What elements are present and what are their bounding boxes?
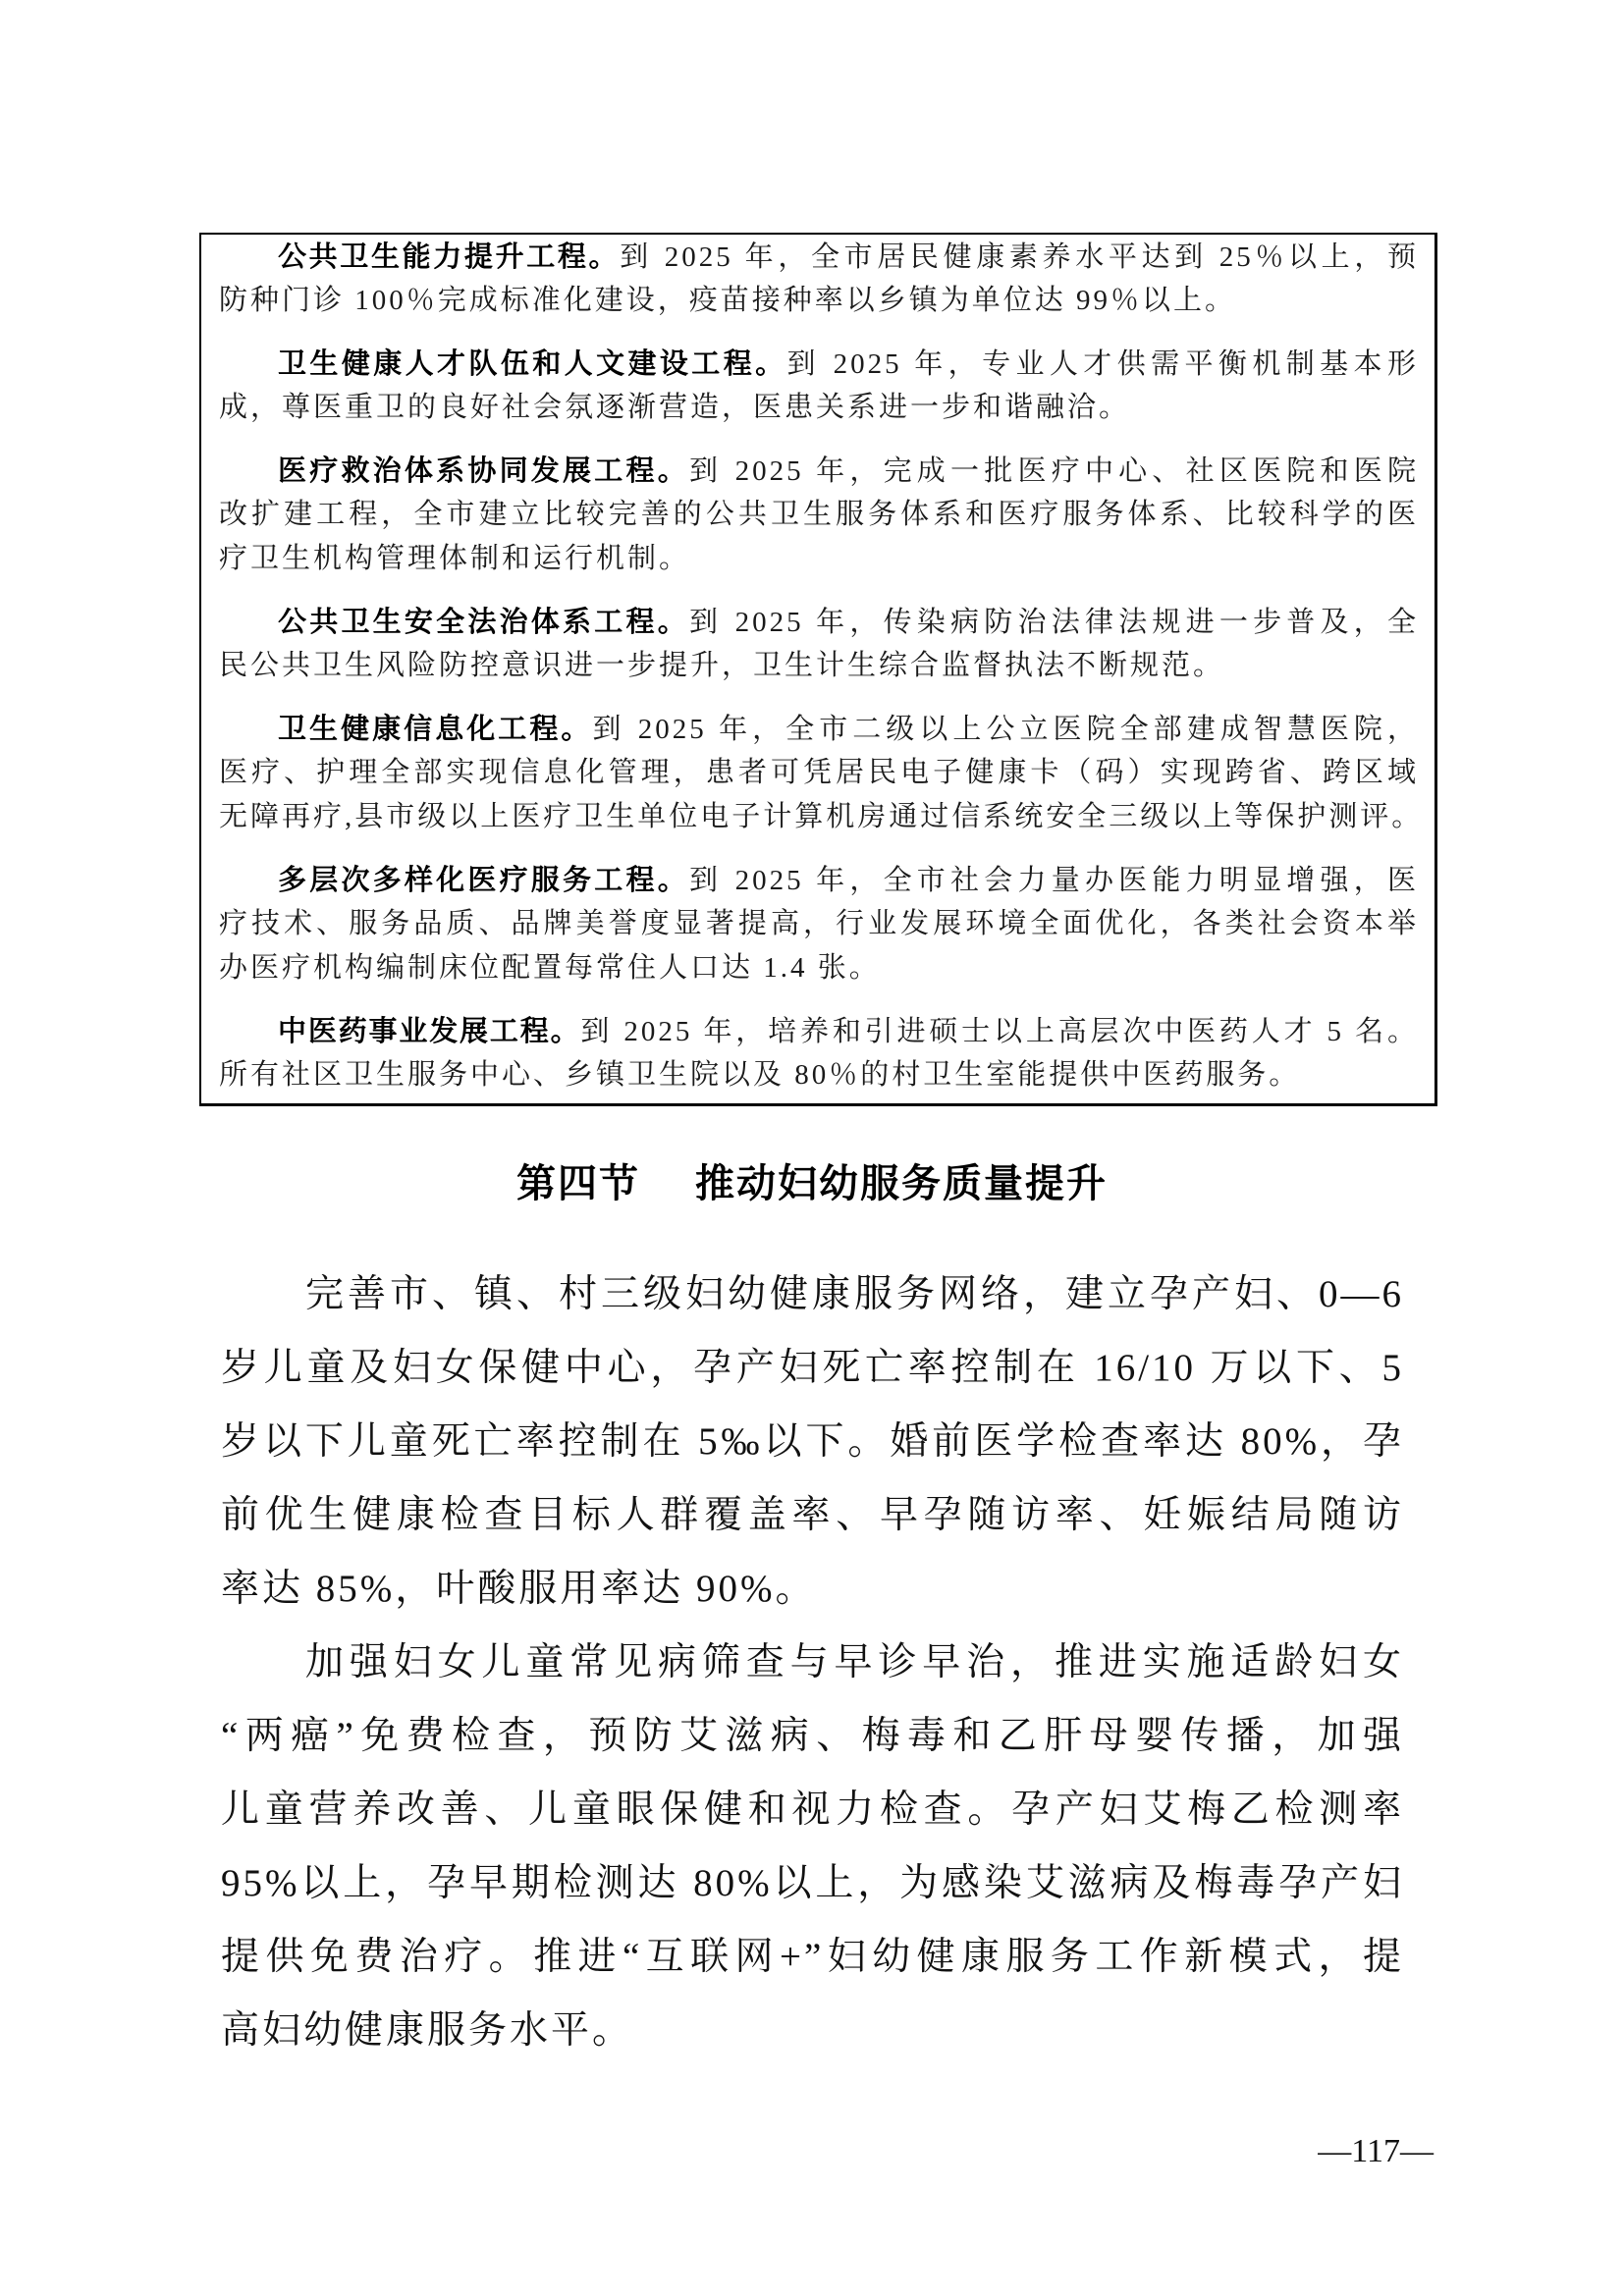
body-line: 高妇幼健康服务水平。 — [221, 1994, 1404, 2067]
body-line: 岁以下儿童死亡率控制在 5‰以下。婚前医学检查率达 80%，孕 — [221, 1405, 1404, 1478]
body-paragraph: 加强妇女儿童常见病筛查与早诊早治，推进实施适龄妇女 “两癌”免费检查，预防艾滋病… — [221, 1626, 1404, 2067]
project-line: 卫生健康信息化工程。到 2025 年，全市二级以上公立医院全部建成智慧医院， — [219, 707, 1419, 751]
project-title: 公共卫生能力提升工程。 — [278, 240, 620, 273]
project-title: 医疗救治体系协同发展工程。 — [278, 454, 689, 487]
project-title: 中医药事业发展工程。 — [278, 1014, 580, 1047]
body-line: “两癌”免费检查，预防艾滋病、梅毒和乙肝母婴传播，加强 — [221, 1699, 1404, 1773]
project-text: 到 2025 年，全市社会力量办医能力明显增强，医 — [689, 865, 1419, 896]
project-line: 改扩建工程，全市建立比较完善的公共卫生服务体系和医疗服务体系、比较科学的医 — [219, 493, 1419, 537]
project-text: 到 2025 年，全市二级以上公立医院全部建成智慧医院， — [592, 714, 1419, 745]
project-line: 中医药事业发展工程。到 2025 年，培养和引进硕士以上高层次中医药人才 5 名… — [219, 1009, 1419, 1053]
project-text: 到 2025 年，传染病防治法律法规进一步普及，全 — [689, 607, 1419, 638]
project-talent-team: 卫生健康人才队伍和人文建设工程。到 2025 年，专业人才供需平衡机制基本形 成… — [219, 342, 1419, 430]
project-title: 卫生健康人才队伍和人文建设工程。 — [278, 347, 787, 380]
body-line: 岁儿童及妇女保健中心，孕产妇死亡率控制在 16/10 万以下、5 — [221, 1331, 1404, 1405]
project-line: 医疗救治体系协同发展工程。到 2025 年，完成一批医疗中心、社区医院和医院 — [219, 449, 1419, 493]
project-line: 公共卫生安全法治体系工程。到 2025 年，传染病防治法律法规进一步普及，全 — [219, 600, 1419, 644]
project-title: 卫生健康信息化工程。 — [278, 712, 592, 745]
body-line: 前优生健康检查目标人群覆盖率、早孕随访率、妊娠结局随访 — [221, 1478, 1404, 1552]
project-line: 疗卫生机构管理体制和运行机制。 — [219, 537, 1419, 581]
section-title: 推动妇幼服务质量提升 — [695, 1161, 1108, 1206]
body-line: 95%以上，孕早期检测达 80%以上，为感染艾滋病及梅毒孕产妇 — [221, 1846, 1404, 1920]
body-line: 加强妇女儿童常见病筛查与早诊早治，推进实施适龄妇女 — [221, 1626, 1404, 1699]
page-number: —117— — [1276, 2132, 1434, 2171]
project-text: 到 2025 年，培养和引进硕士以上高层次中医药人才 5 名。 — [580, 1016, 1419, 1047]
project-line: 无障再疗,县市级以上医疗卫生单位电子计算机房通过信系统安全三级以上等保护测评。 — [219, 795, 1419, 839]
project-line: 成，尊医重卫的良好社会氛逐渐营造，医患关系进一步和谐融洽。 — [219, 386, 1419, 430]
project-diversified-medical-services: 多层次多样化医疗服务工程。到 2025 年，全市社会力量办医能力明显增强，医 疗… — [219, 858, 1419, 990]
projects-box-content: 公共卫生能力提升工程。到 2025 年，全市居民健康素养水平达到 25％以上，预… — [219, 235, 1419, 1116]
project-line: 卫生健康人才队伍和人文建设工程。到 2025 年，专业人才供需平衡机制基本形 — [219, 342, 1419, 386]
project-tcm-development: 中医药事业发展工程。到 2025 年，培养和引进硕士以上高层次中医药人才 5 名… — [219, 1009, 1419, 1097]
project-line: 民公共卫生风险防控意识进一步提升，卫生计生综合监督执法不断规范。 — [219, 644, 1419, 688]
project-public-health-capacity: 公共卫生能力提升工程。到 2025 年，全市居民健康素养水平达到 25％以上，预… — [219, 235, 1419, 323]
section-number: 第四节 — [516, 1161, 640, 1206]
project-title: 公共卫生安全法治体系工程。 — [278, 605, 689, 638]
project-line: 多层次多样化医疗服务工程。到 2025 年，全市社会力量办医能力明显增强，医 — [219, 858, 1419, 902]
body-line: 儿童营养改善、儿童眼保健和视力检查。孕产妇艾梅乙检测率 — [221, 1773, 1404, 1846]
project-line: 医疗、护理全部实现信息化管理，患者可凭居民电子健康卡（码）实现跨省、跨区域 — [219, 751, 1419, 795]
project-text: 到 2025 年，全市居民健康素养水平达到 25％以上，预 — [620, 241, 1419, 273]
project-title: 多层次多样化医疗服务工程。 — [278, 863, 689, 896]
body-paragraph: 完善市、镇、村三级妇幼健康服务网络，建立孕产妇、0—6 岁儿童及妇女保健中心，孕… — [221, 1257, 1404, 1626]
body-text: 完善市、镇、村三级妇幼健康服务网络，建立孕产妇、0—6 岁儿童及妇女保健中心，孕… — [221, 1257, 1404, 2067]
section-heading: 第四节推动妇幼服务质量提升 — [0, 1158, 1624, 1209]
project-line: 所有社区卫生服务中心、乡镇卫生院以及 80％的村卫生室能提供中医药服务。 — [219, 1053, 1419, 1097]
project-text: 到 2025 年，完成一批医疗中心、社区医院和医院 — [689, 455, 1419, 487]
body-line: 率达 85%，叶酸服用率达 90%。 — [221, 1552, 1404, 1626]
project-public-health-law: 公共卫生安全法治体系工程。到 2025 年，传染病防治法律法规进一步普及，全 民… — [219, 600, 1419, 688]
project-text: 到 2025 年，专业人才供需平衡机制基本形 — [787, 348, 1419, 380]
project-line: 疗技术、服务品质、品牌美誉度显著提高，行业发展环境全面优化，各类社会资本举 — [219, 902, 1419, 946]
project-line: 公共卫生能力提升工程。到 2025 年，全市居民健康素养水平达到 25％以上，预 — [219, 235, 1419, 279]
project-health-informatization: 卫生健康信息化工程。到 2025 年，全市二级以上公立医院全部建成智慧医院， 医… — [219, 707, 1419, 839]
project-medical-treatment-system: 医疗救治体系协同发展工程。到 2025 年，完成一批医疗中心、社区医院和医院 改… — [219, 449, 1419, 581]
projects-box: 公共卫生能力提升工程。到 2025 年，全市居民健康素养水平达到 25％以上，预… — [199, 233, 1437, 1106]
body-line: 提供免费治疗。推进“互联网+”妇幼健康服务工作新模式，提 — [221, 1920, 1404, 1994]
project-line: 防种门诊 100％完成标准化建设，疫苗接种率以乡镇为单位达 99％以上。 — [219, 279, 1419, 323]
body-line: 完善市、镇、村三级妇幼健康服务网络，建立孕产妇、0—6 — [221, 1257, 1404, 1331]
project-line: 办医疗机构编制床位配置每常住人口达 1.4 张。 — [219, 946, 1419, 990]
